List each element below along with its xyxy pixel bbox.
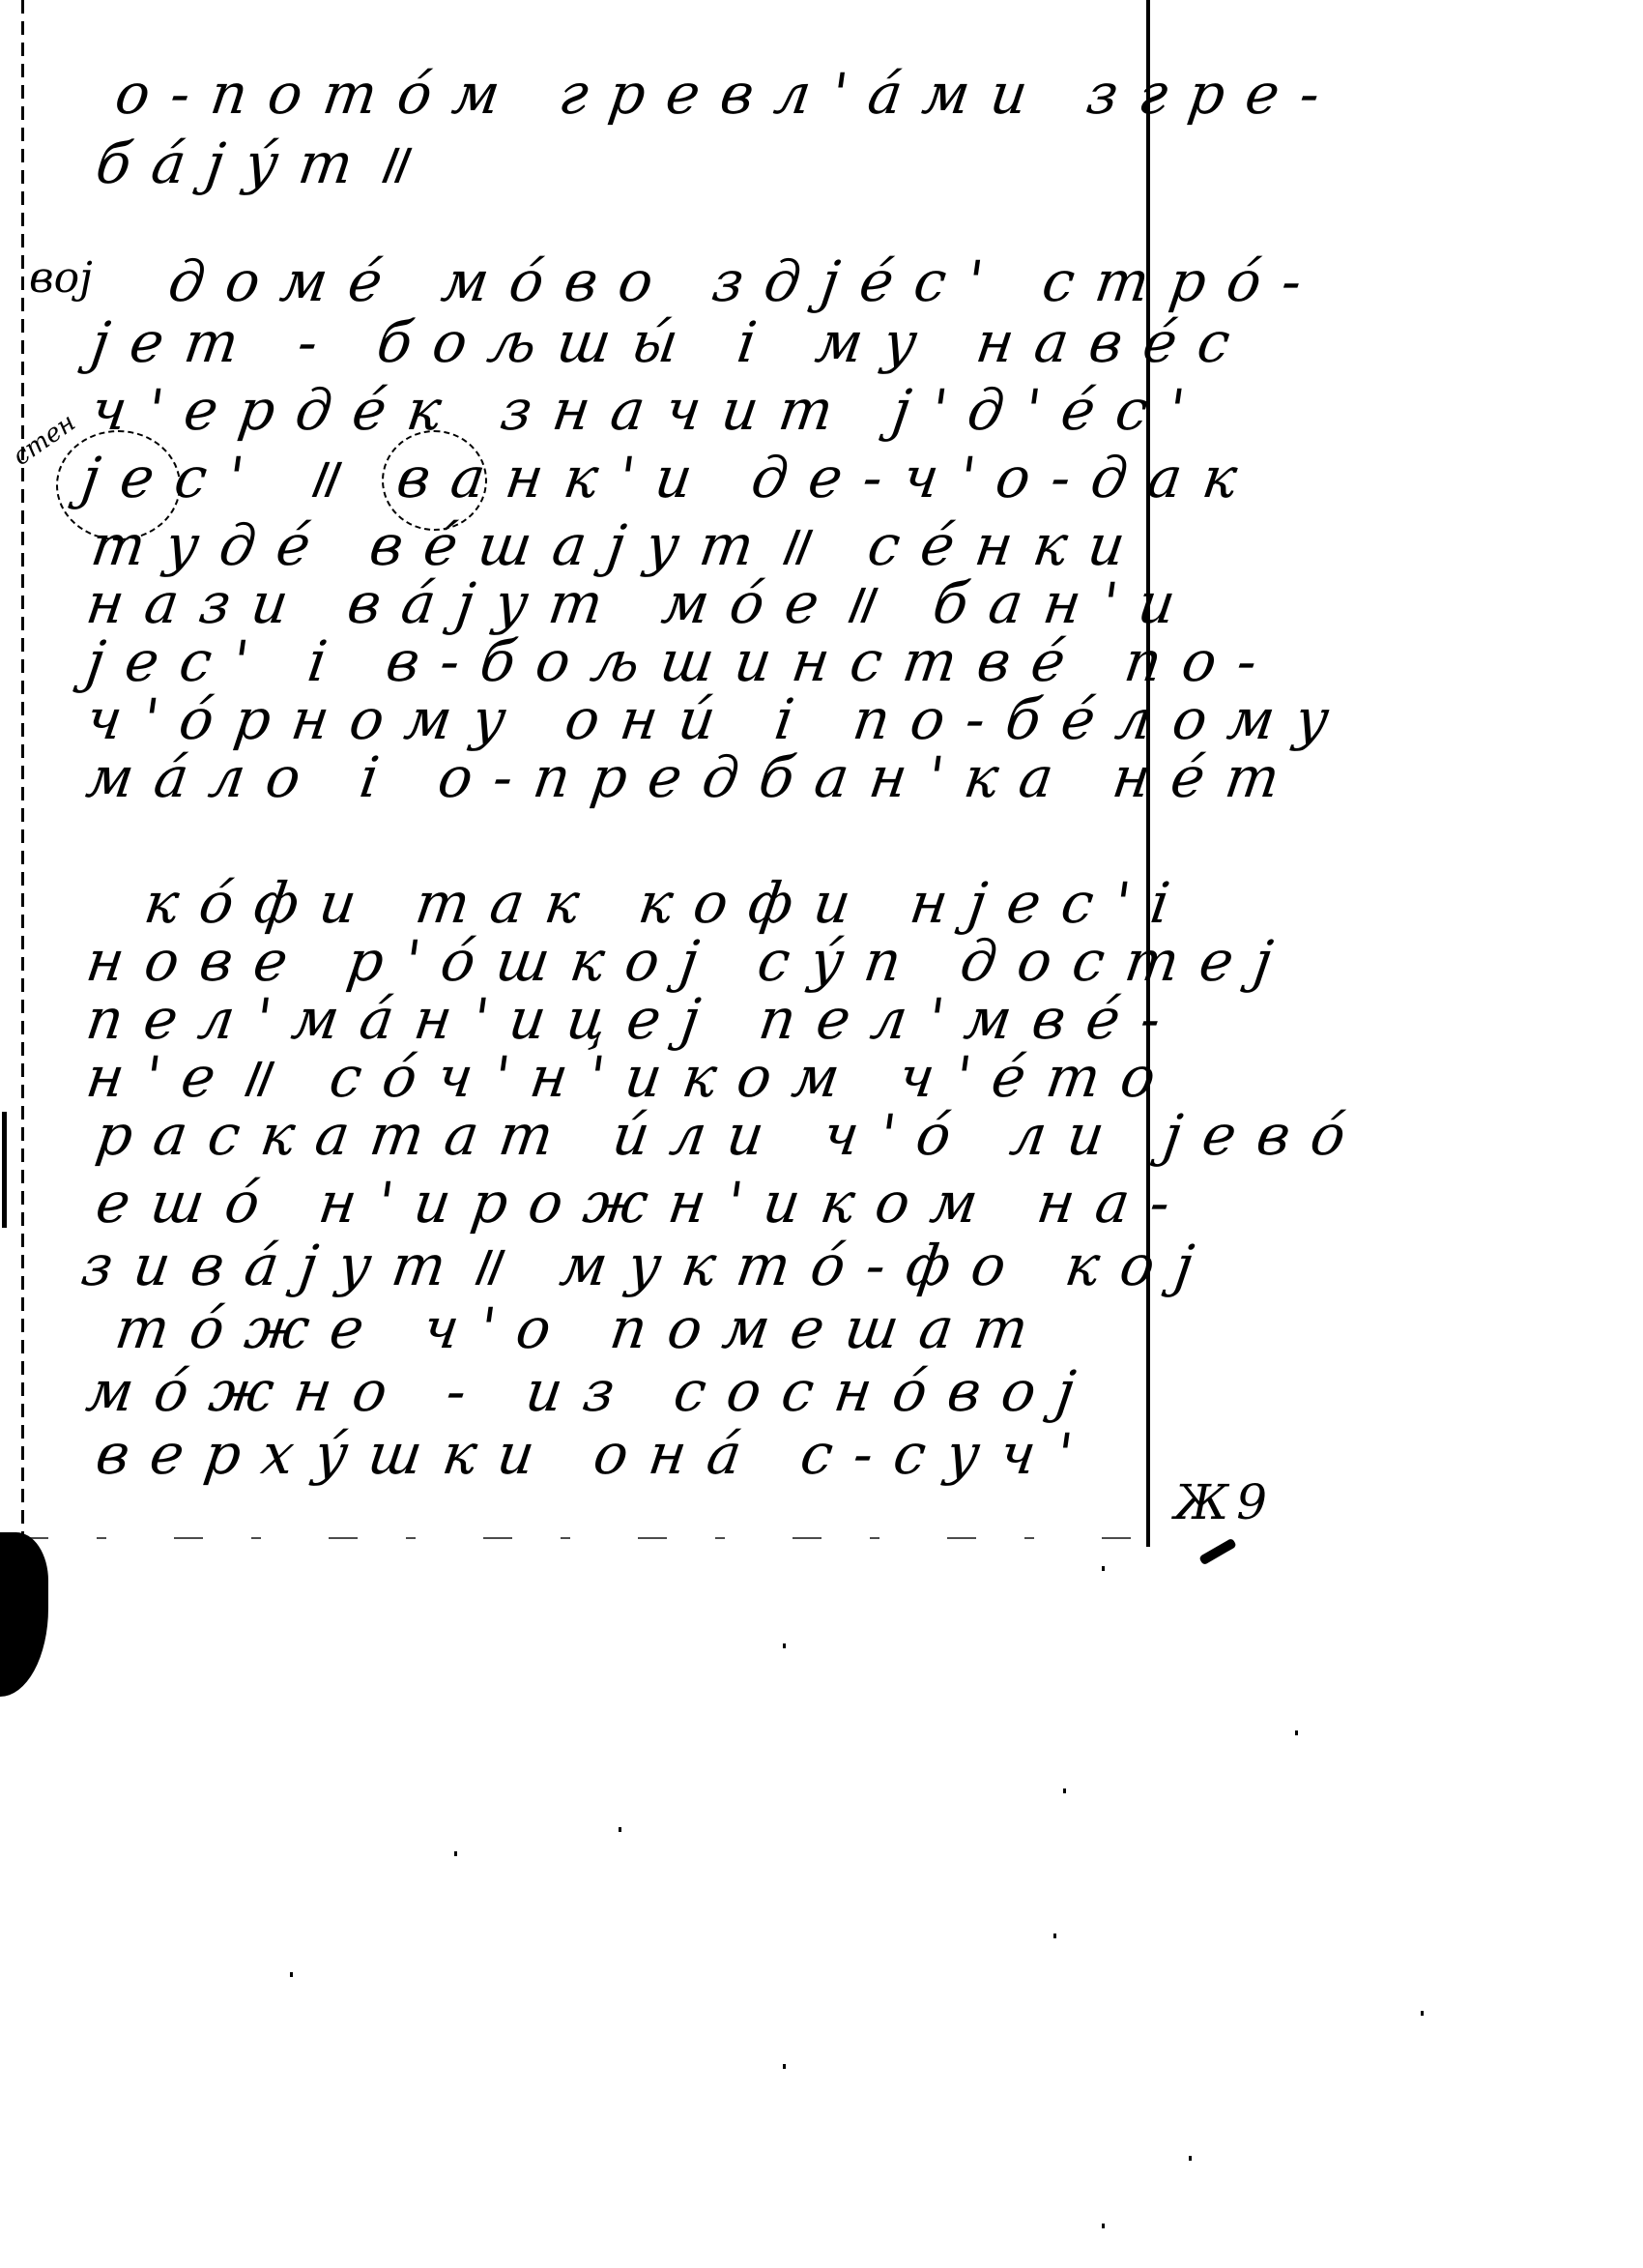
scan-speck (1102, 1566, 1105, 1571)
scan-speck (290, 1972, 293, 1977)
text-line: ешо́ н'ирожн'иком на- (93, 1175, 1195, 1231)
scan-ink-blotch (0, 1532, 48, 1697)
text-line: ко́фи так кофи нјес'і (141, 875, 1195, 931)
text-line: то́же ч'о помешат (112, 1300, 1052, 1356)
scan-speck (1063, 1788, 1066, 1793)
scan-speck (783, 2064, 786, 2069)
circle-mark-vanki (382, 430, 487, 531)
scan-speck (783, 1643, 786, 1648)
ink-tick-mark (1198, 1538, 1237, 1566)
text-line: ма́ло і о-предбан'ка не́т (83, 749, 1304, 805)
text-line: о-пото́м гревл'а́ми згре- (112, 66, 1344, 122)
page-number-mark: Ж (1174, 1474, 1236, 1530)
left-page-edge-line (21, 0, 24, 1537)
scan-speck (1053, 1934, 1056, 1938)
circle-mark-jes (56, 430, 181, 540)
margin-note-voj: вој (29, 253, 93, 303)
text-line: јес' і в-бољшинстве́ по- (83, 633, 1282, 689)
bottom-page-edge (19, 1537, 1131, 1539)
text-line: ба́ју́т॥ (93, 135, 433, 191)
text-line: верху́шки она́ с-суч' (93, 1426, 1097, 1482)
scan-speck (1189, 2156, 1192, 2161)
left-page-edge-shadow (2, 1112, 7, 1228)
scan-speck (619, 1827, 621, 1832)
text-line: ч'ерде́к значит ј'д'е́с' (88, 382, 1209, 438)
text-line: зива́јут॥ мукто́-фо кој (78, 1237, 1218, 1294)
scan-speck (1295, 1730, 1298, 1735)
text-line: ч'о́рному они́ і по-бе́лому (83, 691, 1354, 747)
scan-speck (1102, 2224, 1105, 2228)
page-number-value: 9 (1236, 1474, 1275, 1530)
scan-speck (1421, 2011, 1424, 2016)
text-line: пел'ма́н'ицеј пел'мве́- (83, 991, 1185, 1047)
text-line: раскатат и́ли ч'о́ ли јево́ (93, 1107, 1370, 1163)
text-line: доме́ мо́во здје́с' стро́- (165, 253, 1326, 309)
text-line: јес' ॥ ванк'и де-ч'о-дак (78, 450, 1262, 506)
text-line: нази ва́јут мо́е॥ бан'и (83, 575, 1200, 631)
text-line: мо́жно - из сосно́вој (83, 1363, 1100, 1419)
text-line: јет - бољшы́ і му наве́с (88, 314, 1254, 370)
scan-speck (454, 1851, 457, 1856)
scanned-page: о-пото́м гревл'а́ми згре- ба́ју́т॥ вој д… (0, 0, 1643, 2268)
text-line: н'е॥ со́ч'н'иком ч'е́то (83, 1049, 1180, 1105)
text-line: туде́ ве́шајут॥ се́нки (88, 517, 1150, 573)
text-line: нове р'о́шкој су́п достеј (83, 933, 1297, 989)
page-number: Ж9 (1174, 1474, 1275, 1530)
